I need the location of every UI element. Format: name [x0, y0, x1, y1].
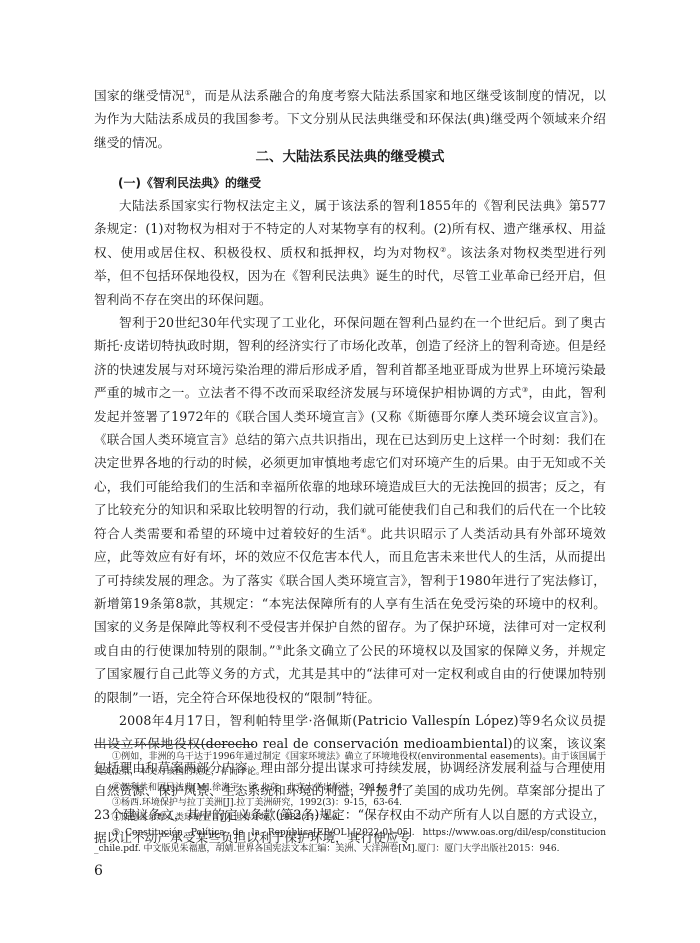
text: 国家的继受情况: [94, 88, 185, 103]
text: 。此共识昭示了人类活动具有外部环境效应，此等效应有好有坏，坏的效应不仅危害本代人…: [94, 526, 606, 658]
section-title: 二、大陆法系民法典的继受模式: [94, 145, 606, 165]
footnote-5: ⑤Constitución Política de la República[E…: [94, 826, 606, 857]
paragraph-2: 智利于20世纪30年代实现了工业化，环保问题在智利凸显约在一个世纪后。到了奥古斯…: [94, 311, 606, 709]
footnote-ref[interactable]: ②: [440, 246, 447, 254]
intro-paragraph: 国家的继受情况①，而是从法系融合的角度考察大陆法系国家和地区继受该制度的情况，以…: [94, 84, 606, 154]
footnote-divider: [94, 744, 254, 745]
subsection-title: (一)《智利民法典》的继受: [118, 174, 261, 191]
footnote-1: ①例如，非洲的乌干达于1996年通过制定《国家环境法》确立了环境地役权(envi…: [94, 750, 606, 781]
footnotes: ①例如，非洲的乌干达于1996年通过制定《国家环境法》确立了环境地役权(envi…: [94, 750, 606, 857]
intro-block: 国家的继受情况①，而是从法系融合的角度考察大陆法系国家和地区继受该制度的情况，以…: [94, 84, 606, 154]
footnote-2: ②智利共和国民法典[M].徐涤宇，译.北京：北京大学出版社，2014：94.: [94, 781, 606, 796]
footnote-4: ④斯德哥尔摩人类环境宣言[J].世界环境，1983(1)：4-6.: [94, 811, 606, 826]
page-number: 6: [94, 863, 103, 879]
text: ，由此，智利发起并签署了1972年的《联合国人类环境宣言》(又称《斯德哥尔摩人类…: [94, 385, 606, 540]
paragraph-1: 大陆法系国家实行物权法定主义，属于该法系的智利1855年的《智利民法典》第577…: [94, 194, 606, 311]
footnote-3: ③杨西.环境保护与拉丁美洲[J].拉丁美洲研究，1992(3)：9-15，63-…: [94, 796, 606, 811]
